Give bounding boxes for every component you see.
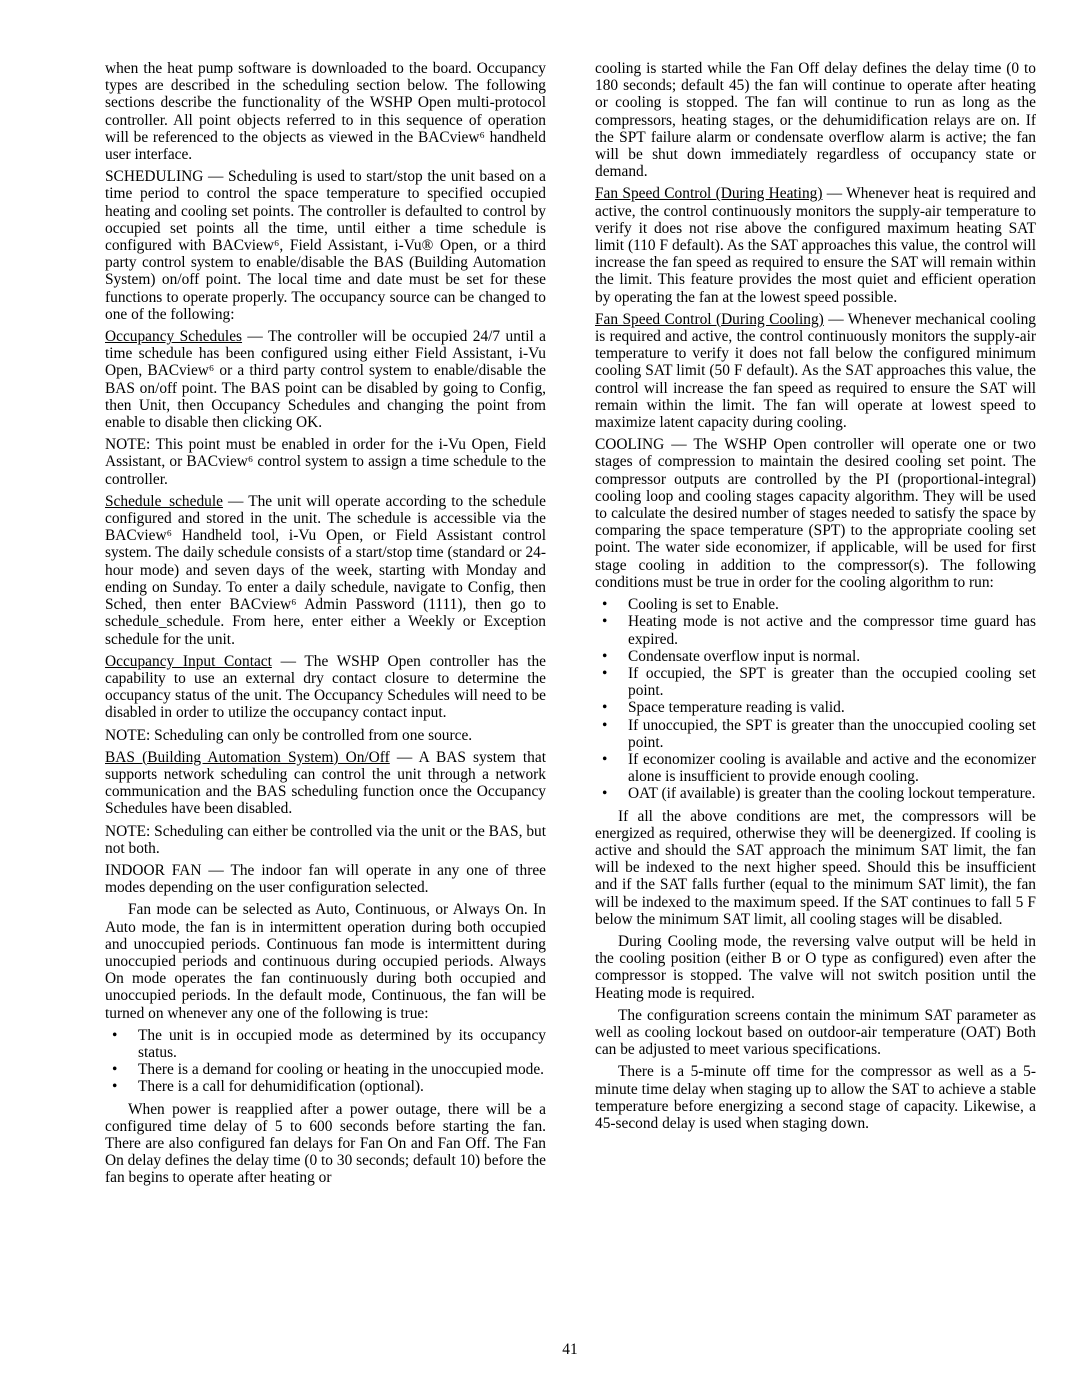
para-power-outage: When power is reapplied after a power ou… <box>105 1101 546 1187</box>
bullet-item: •If occupied, the SPT is greater than th… <box>595 665 1036 699</box>
bullet-icon: • <box>602 785 607 802</box>
fan-speed-cooling-heading: Fan Speed Control (During Cooling) <box>595 311 824 328</box>
bullet-icon: • <box>602 648 607 665</box>
para-fan-speed-cooling: Fan Speed Control (During Cooling) — Whe… <box>595 311 1036 431</box>
left-column: when the heat pump software is downloade… <box>105 60 546 1192</box>
bullet-icon: • <box>602 613 607 630</box>
bullet-item: •Cooling is set to Enable. <box>595 596 1036 613</box>
bullet-text: Cooling is set to Enable. <box>628 596 779 613</box>
fan-mode-bullet-list: •The unit is in occupied mode as determi… <box>105 1027 546 1096</box>
para-intro: when the heat pump software is downloade… <box>105 60 546 163</box>
fan-speed-heating-heading: Fan Speed Control (During Heating) <box>595 185 822 202</box>
bullet-text: If unoccupied, the SPT is greater than t… <box>628 717 1036 751</box>
bullet-text: If occupied, the SPT is greater than the… <box>628 665 1036 699</box>
document-page: when the heat pump software is downloade… <box>0 0 1080 1397</box>
para-occupancy-schedules: Occupancy Schedules — The controller wil… <box>105 328 546 431</box>
bullet-item: •There is a demand for cooling or heatin… <box>105 1061 546 1078</box>
note-unit-or-bas: NOTE: Scheduling can either be controlle… <box>105 823 546 857</box>
occupancy-schedules-heading: Occupancy Schedules <box>105 328 242 345</box>
page-number: 41 <box>105 1341 1035 1359</box>
para-scheduling: SCHEDULING — Scheduling is used to start… <box>105 168 546 323</box>
para-schedule-schedule: Schedule_schedule — The unit will operat… <box>105 493 546 648</box>
schedule-schedule-text: — The unit will operate according to the… <box>105 493 546 648</box>
para-reversing-valve: During Cooling mode, the reversing valve… <box>595 933 1036 1002</box>
bullet-item: •OAT (if available) is greater than the … <box>595 785 1036 802</box>
bas-on-off-heading: BAS (Building Automation System) On/Off <box>105 749 390 766</box>
bullet-icon: • <box>602 699 607 716</box>
para-staging-delays: There is a 5-minute off time for the com… <box>595 1063 1036 1132</box>
bullet-item: •If economizer cooling is available and … <box>595 751 1036 785</box>
bullet-icon: • <box>112 1078 117 1095</box>
bullet-icon: • <box>112 1061 117 1078</box>
occupancy-input-contact-heading: Occupancy Input Contact <box>105 653 272 670</box>
cooling-conditions-list: •Cooling is set to Enable. •Heating mode… <box>595 596 1036 802</box>
bullet-text: There is a demand for cooling or heating… <box>138 1061 544 1078</box>
bullet-text: Space temperature reading is valid. <box>628 699 845 716</box>
para-fan-off-delay: cooling is started while the Fan Off del… <box>595 60 1036 180</box>
fan-speed-cooling-text: — Whenever mechanical cooling is require… <box>595 311 1036 431</box>
bullet-text: If economizer cooling is available and a… <box>628 751 1036 785</box>
para-config-screens: The configuration screens contain the mi… <box>595 1007 1036 1059</box>
para-fan-speed-heating: Fan Speed Control (During Heating) — Whe… <box>595 185 1036 305</box>
bullet-text: There is a call for dehumidification (op… <box>138 1078 424 1095</box>
para-occupancy-input-contact: Occupancy Input Contact — The WSHP Open … <box>105 653 546 722</box>
para-cooling: COOLING — The WSHP Open controller will … <box>595 436 1036 591</box>
bullet-item: •Space temperature reading is valid. <box>595 699 1036 716</box>
bullet-text: OAT (if available) is greater than the c… <box>628 785 1035 802</box>
bullet-icon: • <box>602 596 607 613</box>
fan-speed-heating-text: — Whenever heat is required and active, … <box>595 185 1036 305</box>
bullet-item: •Condensate overflow input is normal. <box>595 648 1036 665</box>
para-indoor-fan: INDOOR FAN — The indoor fan will operate… <box>105 862 546 896</box>
schedule-schedule-heading: Schedule_schedule <box>105 493 223 510</box>
bullet-item: •Heating mode is not active and the comp… <box>595 613 1036 647</box>
bullet-icon: • <box>602 717 607 734</box>
right-column: cooling is started while the Fan Off del… <box>595 60 1036 1192</box>
para-conditions-met: If all the above conditions are met, the… <box>595 808 1036 928</box>
bullet-item: •The unit is in occupied mode as determi… <box>105 1027 546 1061</box>
bullet-icon: • <box>112 1027 117 1044</box>
note-one-source: NOTE: Scheduling can only be controlled … <box>105 727 546 744</box>
para-fan-mode: Fan mode can be selected as Auto, Contin… <box>105 901 546 1021</box>
bullet-icon: • <box>602 751 607 768</box>
two-column-text-area: when the heat pump software is downloade… <box>105 60 1036 1192</box>
bullet-text: Heating mode is not active and the compr… <box>628 613 1036 647</box>
bullet-text: Condensate overflow input is normal. <box>628 648 860 665</box>
para-bas-on-off: BAS (Building Automation System) On/Off … <box>105 749 546 818</box>
bullet-item: •There is a call for dehumidification (o… <box>105 1078 546 1095</box>
bullet-text: The unit is in occupied mode as determin… <box>138 1027 546 1061</box>
note-enable-point: NOTE: This point must be enabled in orde… <box>105 436 546 488</box>
bullet-icon: • <box>602 665 607 682</box>
bullet-item: •If unoccupied, the SPT is greater than … <box>595 717 1036 751</box>
